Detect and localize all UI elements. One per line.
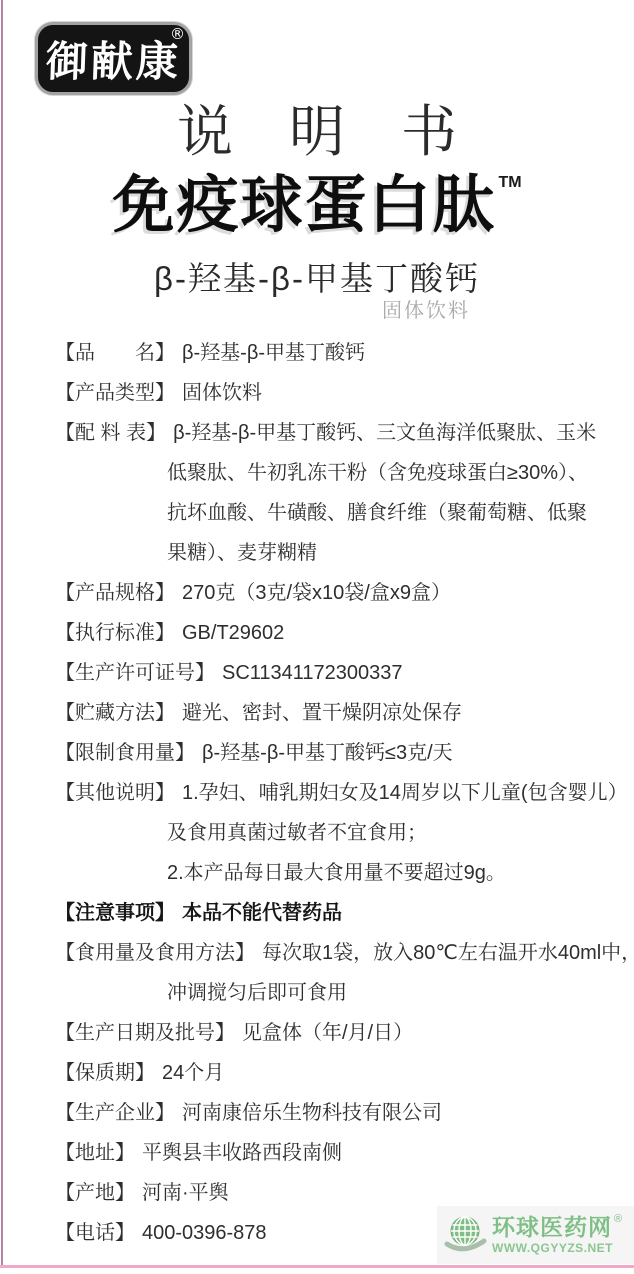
spec-value: 固体饮料: [182, 382, 262, 404]
spec-value: 每次取1袋，放入80℃左右温开水40ml中，: [262, 942, 634, 964]
spec-value: β-羟基-β-甲基丁酸钙: [182, 342, 365, 364]
spec-row: 【生产日期及批号】见盒体（年/月/日）: [55, 1013, 634, 1053]
spec-row: 【保质期】24个月: [55, 1053, 634, 1093]
spec-label: 【生产许可证号】: [55, 662, 215, 684]
product-subtitle: β-羟基-β-甲基丁酸钙: [0, 253, 634, 300]
spec-value: SC11341172300337: [222, 662, 403, 684]
spec-value: 1.孕妇、哺乳期妇女及14周岁以下儿童(包含婴儿）: [182, 782, 628, 804]
spec-entry: 【配 料 表】β-羟基-β-甲基丁酸钙、三文鱼海洋低聚肽、玉米低聚肽、牛初乳冻干…: [55, 413, 634, 573]
spec-row: 【执行标准】GB/T29602: [55, 613, 634, 653]
spec-value: 400-0396-878: [142, 1222, 267, 1244]
spec-label: 【品 名】: [55, 342, 175, 364]
spec-label: 【产品规格】: [55, 582, 175, 604]
spec-row: 【产品规格】270克（3克/袋x10袋/盒x9盒）: [55, 573, 634, 613]
spec-entry: 【产品类型】固体饮料: [55, 373, 634, 413]
watermark: 环球医药网 ® WWW.QGYYZS.NET: [437, 1206, 634, 1264]
watermark-site-name: 环球医药网: [492, 1216, 612, 1239]
spec-value-continued: 冲调搅匀后即可食用: [55, 973, 634, 1013]
spec-value: β-羟基-β-甲基丁酸钙≤3克/天: [202, 742, 453, 764]
spec-value-continued: 2.本产品每日最大食用量不要超过9g。: [55, 853, 634, 893]
spec-row: 【注意事项】本品不能代替药品: [55, 893, 634, 933]
watermark-registered-icon: ®: [614, 1214, 622, 1225]
spec-row: 【贮藏方法】避光、密封、置干燥阴凉处保存: [55, 693, 634, 733]
spec-value: β-羟基-β-甲基丁酸钙、三文鱼海洋低聚肽、玉米: [173, 422, 596, 444]
spec-value-continued: 抗坏血酸、牛磺酸、膳食纤维（聚葡萄糖、低聚: [55, 493, 634, 533]
spec-entry: 【生产日期及批号】见盒体（年/月/日）: [55, 1013, 634, 1053]
spec-value-continued: 低聚肽、牛初乳冻干粉（含免疫球蛋白≥30%）、: [55, 453, 634, 493]
spec-value: 平舆县丰收路西段南侧: [142, 1142, 342, 1164]
spec-label: 【食用量及食用方法】: [55, 942, 255, 964]
document-title: 说 明 书: [0, 88, 634, 168]
globe-icon: [443, 1213, 487, 1257]
spec-value-continued: 果糖）、麦芽糊精: [55, 533, 634, 573]
spec-label: 【限制食用量】: [55, 742, 195, 764]
spec-entry: 【保质期】24个月: [55, 1053, 634, 1093]
spec-value: 270克（3克/袋x10袋/盒x9盒）: [182, 582, 451, 604]
spec-row: 【产品类型】固体饮料: [55, 373, 634, 413]
page-border-bottom: [0, 1265, 634, 1268]
category-note: 固体饮料: [0, 294, 634, 323]
spec-entry: 【注意事项】本品不能代替药品: [55, 893, 634, 933]
spec-value: GB/T29602: [182, 622, 284, 644]
spec-entry: 【贮藏方法】避光、密封、置干燥阴凉处保存: [55, 693, 634, 733]
trademark-icon: TM: [498, 174, 521, 192]
spec-value: 本品不能代替药品: [182, 902, 342, 924]
spec-entry: 【品 名】β-羟基-β-甲基丁酸钙: [55, 333, 634, 373]
spec-label: 【配 料 表】: [55, 422, 166, 444]
spec-label: 【注意事项】: [55, 902, 175, 924]
spec-value: 见盒体（年/月/日）: [242, 1022, 413, 1044]
spec-label: 【生产日期及批号】: [55, 1022, 235, 1044]
spec-label: 【地址】: [55, 1142, 135, 1164]
spec-entry: 【生产企业】河南康倍乐生物科技有限公司: [55, 1093, 634, 1133]
spec-entry: 【生产许可证号】SC11341172300337: [55, 653, 634, 693]
brand-logo-text: 御献康: [45, 29, 182, 89]
spec-value: 河南康倍乐生物科技有限公司: [182, 1102, 442, 1124]
spec-row: 【食用量及食用方法】每次取1袋，放入80℃左右温开水40ml中，: [55, 933, 634, 973]
watermark-site-url: WWW.QGYYZS.NET: [492, 1242, 622, 1254]
watermark-name-row: 环球医药网 ®: [492, 1216, 622, 1239]
product-title-row: 免疫球蛋白肽 TM: [0, 172, 634, 240]
spec-label: 【电话】: [55, 1222, 135, 1244]
spec-value-continued: 及食用真菌过敏者不宜食用；: [55, 813, 634, 853]
spec-label: 【其他说明】: [55, 782, 175, 804]
spec-entry: 【执行标准】GB/T29602: [55, 613, 634, 653]
spec-value: 河南·平舆: [142, 1182, 229, 1204]
spec-label: 【保质期】: [55, 1062, 155, 1084]
spec-row: 【配 料 表】β-羟基-β-甲基丁酸钙、三文鱼海洋低聚肽、玉米: [55, 413, 634, 453]
registered-trademark-icon: ®: [170, 27, 185, 42]
spec-value: 24个月: [162, 1062, 224, 1084]
spec-label: 【生产企业】: [55, 1102, 175, 1124]
spec-row: 【地址】平舆县丰收路西段南侧: [55, 1133, 634, 1173]
spec-row: 【限制食用量】β-羟基-β-甲基丁酸钙≤3克/天: [55, 733, 634, 773]
spec-entry: 【食用量及食用方法】每次取1袋，放入80℃左右温开水40ml中，冲调搅匀后即可食…: [55, 933, 634, 1013]
spec-label: 【产地】: [55, 1182, 135, 1204]
spec-label: 【贮藏方法】: [55, 702, 175, 724]
spec-row: 【生产企业】河南康倍乐生物科技有限公司: [55, 1093, 634, 1133]
spec-entry: 【地址】平舆县丰收路西段南侧: [55, 1133, 634, 1173]
brand-logo: 御献康 ®: [35, 22, 192, 95]
spec-row: 【其他说明】1.孕妇、哺乳期妇女及14周岁以下儿童(包含婴儿）: [55, 773, 634, 813]
product-title: 免疫球蛋白肽: [112, 172, 496, 240]
spec-label: 【执行标准】: [55, 622, 175, 644]
spec-row: 【生产许可证号】SC11341172300337: [55, 653, 634, 693]
spec-entry: 【产品规格】270克（3克/袋x10袋/盒x9盒）: [55, 573, 634, 613]
spec-entry: 【限制食用量】β-羟基-β-甲基丁酸钙≤3克/天: [55, 733, 634, 773]
spec-row: 【品 名】β-羟基-β-甲基丁酸钙: [55, 333, 634, 373]
spec-list: 【品 名】β-羟基-β-甲基丁酸钙【产品类型】固体饮料【配 料 表】β-羟基-β…: [55, 333, 634, 1253]
spec-entry: 【其他说明】1.孕妇、哺乳期妇女及14周岁以下儿童(包含婴儿）及食用真菌过敏者不…: [55, 773, 634, 893]
spec-label: 【产品类型】: [55, 382, 175, 404]
watermark-text: 环球医药网 ® WWW.QGYYZS.NET: [492, 1216, 622, 1254]
spec-value: 避光、密封、置干燥阴凉处保存: [182, 702, 462, 724]
